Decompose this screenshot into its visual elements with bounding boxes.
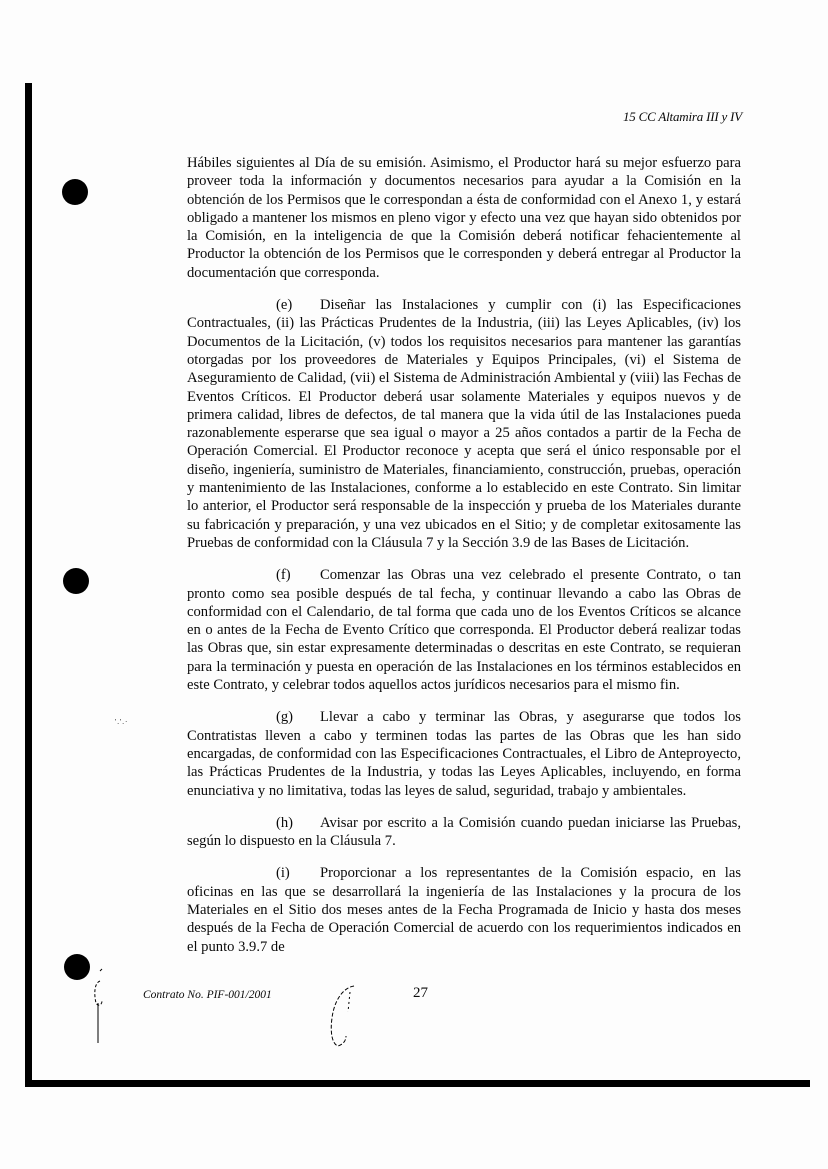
clause-label: (i)	[276, 864, 320, 882]
scan-border-bottom	[25, 1080, 810, 1087]
clause-text: Proporcionar a los representantes de la …	[187, 865, 741, 954]
punch-hole-top	[62, 179, 88, 205]
clause-text: Llevar a cabo y terminar las Obras, y as…	[187, 709, 741, 798]
clause-g: (g)Llevar a cabo y terminar las Obras, y…	[187, 708, 741, 799]
clause-label: (e)	[276, 296, 320, 314]
clause-f: (f)Comenzar las Obras una vez celebrado …	[187, 566, 741, 694]
punch-hole-middle	[63, 568, 89, 594]
scan-border-left	[25, 83, 32, 1087]
clause-label: (h)	[276, 814, 320, 832]
clause-i: (i)Proporcionar a los representantes de …	[187, 864, 741, 955]
clause-text: Comenzar las Obras una vez celebrado el …	[187, 567, 741, 693]
margin-initials-mark	[88, 965, 112, 1050]
clause-e: (e)Diseñar las Instalaciones y cumplir c…	[187, 296, 741, 552]
signature-initials-icon	[320, 982, 360, 1057]
document-body: Hábiles siguientes al Día de su emisión.…	[187, 154, 741, 970]
page-number: 27	[413, 985, 428, 1002]
contract-number: Contrato No. PIF-001/2001	[143, 989, 272, 1001]
clause-h: (h)Avisar por escrito a la Comisión cuan…	[187, 814, 741, 851]
paragraph-text: Hábiles siguientes al Día de su emisión.…	[187, 155, 741, 281]
scan-specks: '.'.·	[115, 718, 128, 726]
clause-text: Avisar por escrito a la Comisión cuando …	[187, 815, 741, 849]
paragraph-continuation: Hábiles siguientes al Día de su emisión.…	[187, 154, 741, 282]
clause-label: (g)	[276, 708, 320, 726]
clause-text: Diseñar las Instalaciones y cumplir con …	[187, 297, 741, 551]
punch-hole-bottom	[64, 954, 90, 980]
clause-label: (f)	[276, 566, 320, 584]
document-reference-header: 15 CC Altamira III y IV	[623, 109, 742, 125]
